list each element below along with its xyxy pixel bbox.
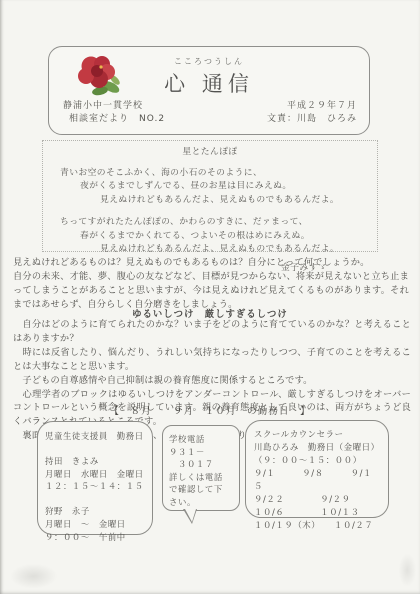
section-para: 子どもの自尊感情や自己抑制は親の養育態度に関係するところです。 [13,374,411,388]
counselor-dates: ９/２２ ９/２９ [254,493,380,506]
section-para: 時には反省したり、悩んだり、うれしい気持ちになったりしつつ、子育てのことを考える… [13,346,411,374]
phone-number: ９３１－ [169,446,233,459]
issue-block: 平成２９年７月 文責：川島 ひろみ [267,100,357,126]
staff-days: 月曜日 ～ 金曜日 [45,518,145,531]
counselor-dates: １０/１９（木） １０/２７ [254,519,380,532]
staff-days: 月曜日 水曜日 金曜日 [45,468,145,481]
staff-name: 狩野 永子 [45,505,145,518]
poem-stanza-2: ちってすがれたたんぽぽの、かわらのすきに、だァまって、 春がくるまでかくれてる、… [43,216,377,257]
issue-date: 平成２９年７月 [267,100,357,113]
newsletter-title: 心 通信 [49,68,369,98]
schedule-heading: 【 ８月 ９月 １０月 の勤務日 】 [0,403,420,417]
poem-title: 星とたんぽぽ [43,146,377,160]
counselor-name: 川島ひろみ 勤務日（金曜日） [254,441,380,454]
intro-line-1: 見えぬけれどあるものは？見えぬものでもあるものは？自分にとって何でしょうか。 [13,256,409,270]
spacer [45,493,145,505]
phone-note: で確認して下 [169,483,233,496]
school-block: 静浦小中一貫学校 相談室だより NO.2 [63,100,165,126]
newsletter-page: こころつうしん 心 通信 静浦小中一貫学校 相談室だより NO.2 平成２９年７… [0,0,420,594]
section-para: 自分はどのように育てられたのかな？いま子をどのように育てているのかな？と考えるこ… [13,318,411,346]
author-credit: 文責：川島 ひろみ [267,113,357,126]
speech-bubble-tail [183,509,197,524]
school-name: 静浦小中一貫学校 [63,100,165,113]
counselor-box: スクールカウンセラー 川島ひろみ 勤務日（金曜日） （９：００～１５：００） ９… [245,420,389,518]
newsletter-subtitle: 相談室だより NO.2 [63,113,165,126]
poem-line: 夜がくるまでしずんでる、昼のお星は目にみえぬ。 [43,180,377,194]
title-block: こころつうしん 心 通信 [49,56,369,98]
header-bottom: 静浦小中一貫学校 相談室だより NO.2 平成２９年７月 文責：川島 ひろみ [63,100,357,126]
support-staff-box: 児童生徒支援員 勤務日 持田 きよみ 月曜日 水曜日 金曜日 １２：１５～１４：… [37,421,153,535]
support-staff-title: 児童生徒支援員 勤務日 [45,430,145,443]
poem-line: 青いお空のそこふかく、海の小石のそのように、 [43,167,377,181]
phone-note: さい。 [169,496,233,509]
phone-label: 学校電話 [169,433,233,446]
poem-line: ちってすがれたたんぽぽの、かわらのすきに、だァまって、 [43,216,377,230]
counselor-title: スクールカウンセラー [254,428,380,441]
poem-line: 見えぬけれどもあるんだよ、見えぬものでもあるんだよ。 [43,243,377,257]
poem-line: 見えぬけれどもあるんだよ、見えぬものでもあるんだよ。 [43,194,377,208]
school-phone-bubble: 学校電話 ９３１－ ３０１７ 詳しくは電話 で確認して下 さい。 [162,425,240,511]
header-box: こころつうしん 心 通信 静浦小中一貫学校 相談室だより NO.2 平成２９年７… [48,46,370,135]
poem-line: 春がくるまでかくれてる、つよいその根はめにみえぬ。 [43,230,377,244]
counselor-dates: １０/６ １０/１３ [254,506,380,519]
counselor-dates: ９/１ ９/８ ９/１５ [254,467,380,493]
title-furigana: こころつうしん [49,56,369,67]
staff-name: 持田 きよみ [45,455,145,468]
counselor-hours: （９：００～１５：００） [254,454,380,467]
spacer [45,443,145,455]
phone-number: ３０１７ [169,458,233,471]
phone-note: 詳しくは電話 [169,471,233,484]
poem-box: 星とたんぽぽ 青いお空のそこふかく、海の小石のそのように、 夜がくるまでしずんで… [42,140,378,252]
staff-time: ９：００～ 午前中 [45,531,145,544]
staff-time: １２：１５～１４：１５ [45,480,145,493]
intro-paragraphs: 見えぬけれどあるものは？見えぬものでもあるものは？自分にとって何でしょうか。 自… [13,256,409,312]
poem-stanza-1: 青いお空のそこふかく、海の小石のそのように、 夜がくるまでしずんでる、昼のお星は… [43,167,377,208]
